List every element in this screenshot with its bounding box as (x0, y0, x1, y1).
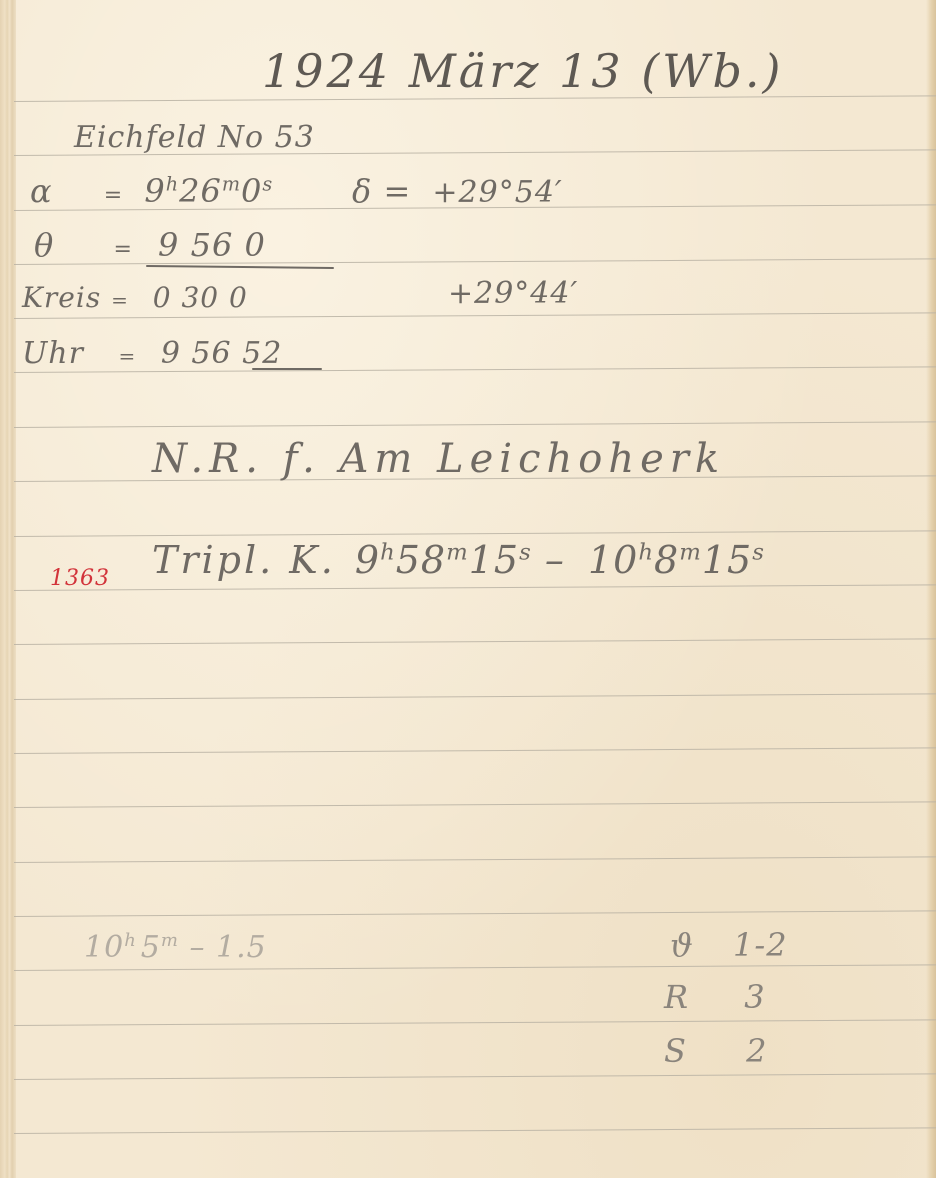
ruled-line (14, 964, 936, 971)
alpha-equals: = (104, 183, 123, 208)
page-edge-shadow (926, 0, 936, 1178)
seconds-unit: s (262, 172, 273, 195)
uhr-equals: = (119, 344, 137, 368)
minutes-unit: m (222, 172, 241, 195)
uhr-label: Uhr (22, 336, 84, 371)
quality-label: R (664, 978, 689, 1016)
hours-unit: h (638, 539, 654, 565)
ruled-line (14, 693, 936, 700)
field-title: Eichfeld No 53 (74, 120, 315, 155)
delta-row: δ = +29°54′ (352, 172, 563, 210)
ruled-line (14, 638, 936, 645)
theta-value: 9 56 0 (158, 226, 266, 264)
quality-row-s: S 2 (664, 1032, 767, 1070)
ruled-line (14, 747, 936, 754)
uhr-underline (252, 368, 322, 370)
start-seconds: 15 (469, 538, 519, 582)
entry-description: Tripl. K. (152, 538, 336, 582)
kreis-label: Kreis (22, 281, 101, 314)
minutes-unit: m (446, 539, 469, 565)
date-heading: 1924 März 13 (Wb.) (262, 44, 783, 98)
theta-label: θ (34, 226, 54, 264)
start-minutes: 58 (396, 538, 446, 582)
sum-underline (146, 265, 334, 269)
alpha-seconds: 0 (241, 172, 262, 210)
theta-row: θ = 9 56 0 (34, 226, 266, 264)
footer-time-rest: – 1.5 (190, 930, 267, 965)
uhr-row: Uhr = 9 56 52 (22, 336, 282, 371)
quality-label: S (664, 1032, 687, 1070)
ruled-line (14, 910, 936, 917)
ruled-line (14, 801, 936, 808)
end-hours: 10 (588, 538, 638, 582)
delta-label: δ = (352, 172, 411, 210)
quality-row-seeing: ϑ 1-2 (670, 926, 788, 964)
hours-unit: h (124, 930, 137, 951)
plate-number: 1363 (50, 566, 110, 591)
footer-time-minutes: 5 (141, 930, 161, 965)
ruled-line (14, 1019, 936, 1026)
ruled-line (14, 421, 936, 428)
theta-equals: = (113, 237, 132, 262)
minutes-unit: m (161, 930, 179, 951)
ruled-line (14, 584, 936, 591)
alpha-label: α (30, 172, 53, 210)
note-line: N.R. f. Am Leichoherk (152, 436, 725, 482)
quality-row-r: R 3 (664, 978, 766, 1016)
kreis-value: 0 30 0 (153, 281, 248, 314)
kreis-equals: = (111, 288, 129, 312)
quality-value: 3 (744, 978, 765, 1016)
uhr-value: 9 56 52 (161, 336, 283, 371)
quality-value: 1-2 (733, 926, 788, 964)
quality-label: ϑ (670, 926, 694, 964)
ruled-line (14, 1073, 936, 1080)
quality-value: 2 (746, 1032, 767, 1070)
seconds-unit: s (519, 539, 532, 565)
range-dash: – (545, 538, 565, 582)
ruled-line (14, 856, 936, 863)
hours-unit: h (166, 172, 179, 195)
end-minutes: 8 (654, 538, 679, 582)
end-seconds: 15 (702, 538, 752, 582)
kreis-declination: +29°44′ (448, 276, 578, 311)
alpha-minutes: 26 (179, 172, 222, 210)
hours-unit: h (380, 539, 396, 565)
alpha-row: α = 9h26m0s (30, 172, 273, 210)
start-hours: 9 (355, 538, 380, 582)
alpha-hours: 9 (144, 172, 165, 210)
ruled-line (14, 1127, 936, 1134)
minutes-unit: m (679, 539, 702, 565)
kreis-row: Kreis = 0 30 0 (22, 281, 248, 314)
seconds-unit: s (752, 539, 765, 565)
ruled-line (14, 530, 936, 537)
footer-time-hours: 10 (84, 930, 124, 965)
footer-time: 10h5m – 1.5 (84, 930, 267, 965)
notebook-page: 1924 März 13 (Wb.) Eichfeld No 53 α = 9h… (0, 0, 936, 1178)
delta-value: +29°54′ (432, 175, 562, 210)
exposure-entry: Tripl. K. 9h58m15s – 10h8m15s (152, 538, 765, 582)
